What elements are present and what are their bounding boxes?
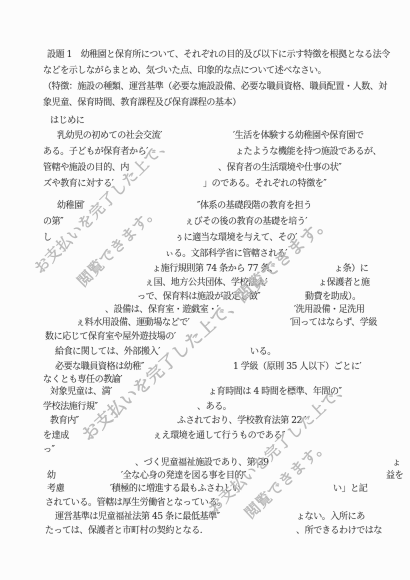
document-page: 設題 1 幼稚園と保育所について、それぞれの目的及び以下に示す特徴を根拠となる法…	[0, 0, 410, 580]
watermark-layer: お支払いを完了した上で、閲覧できます。お支払いを完了した上で、閲覧できます。お支…	[0, 0, 410, 580]
